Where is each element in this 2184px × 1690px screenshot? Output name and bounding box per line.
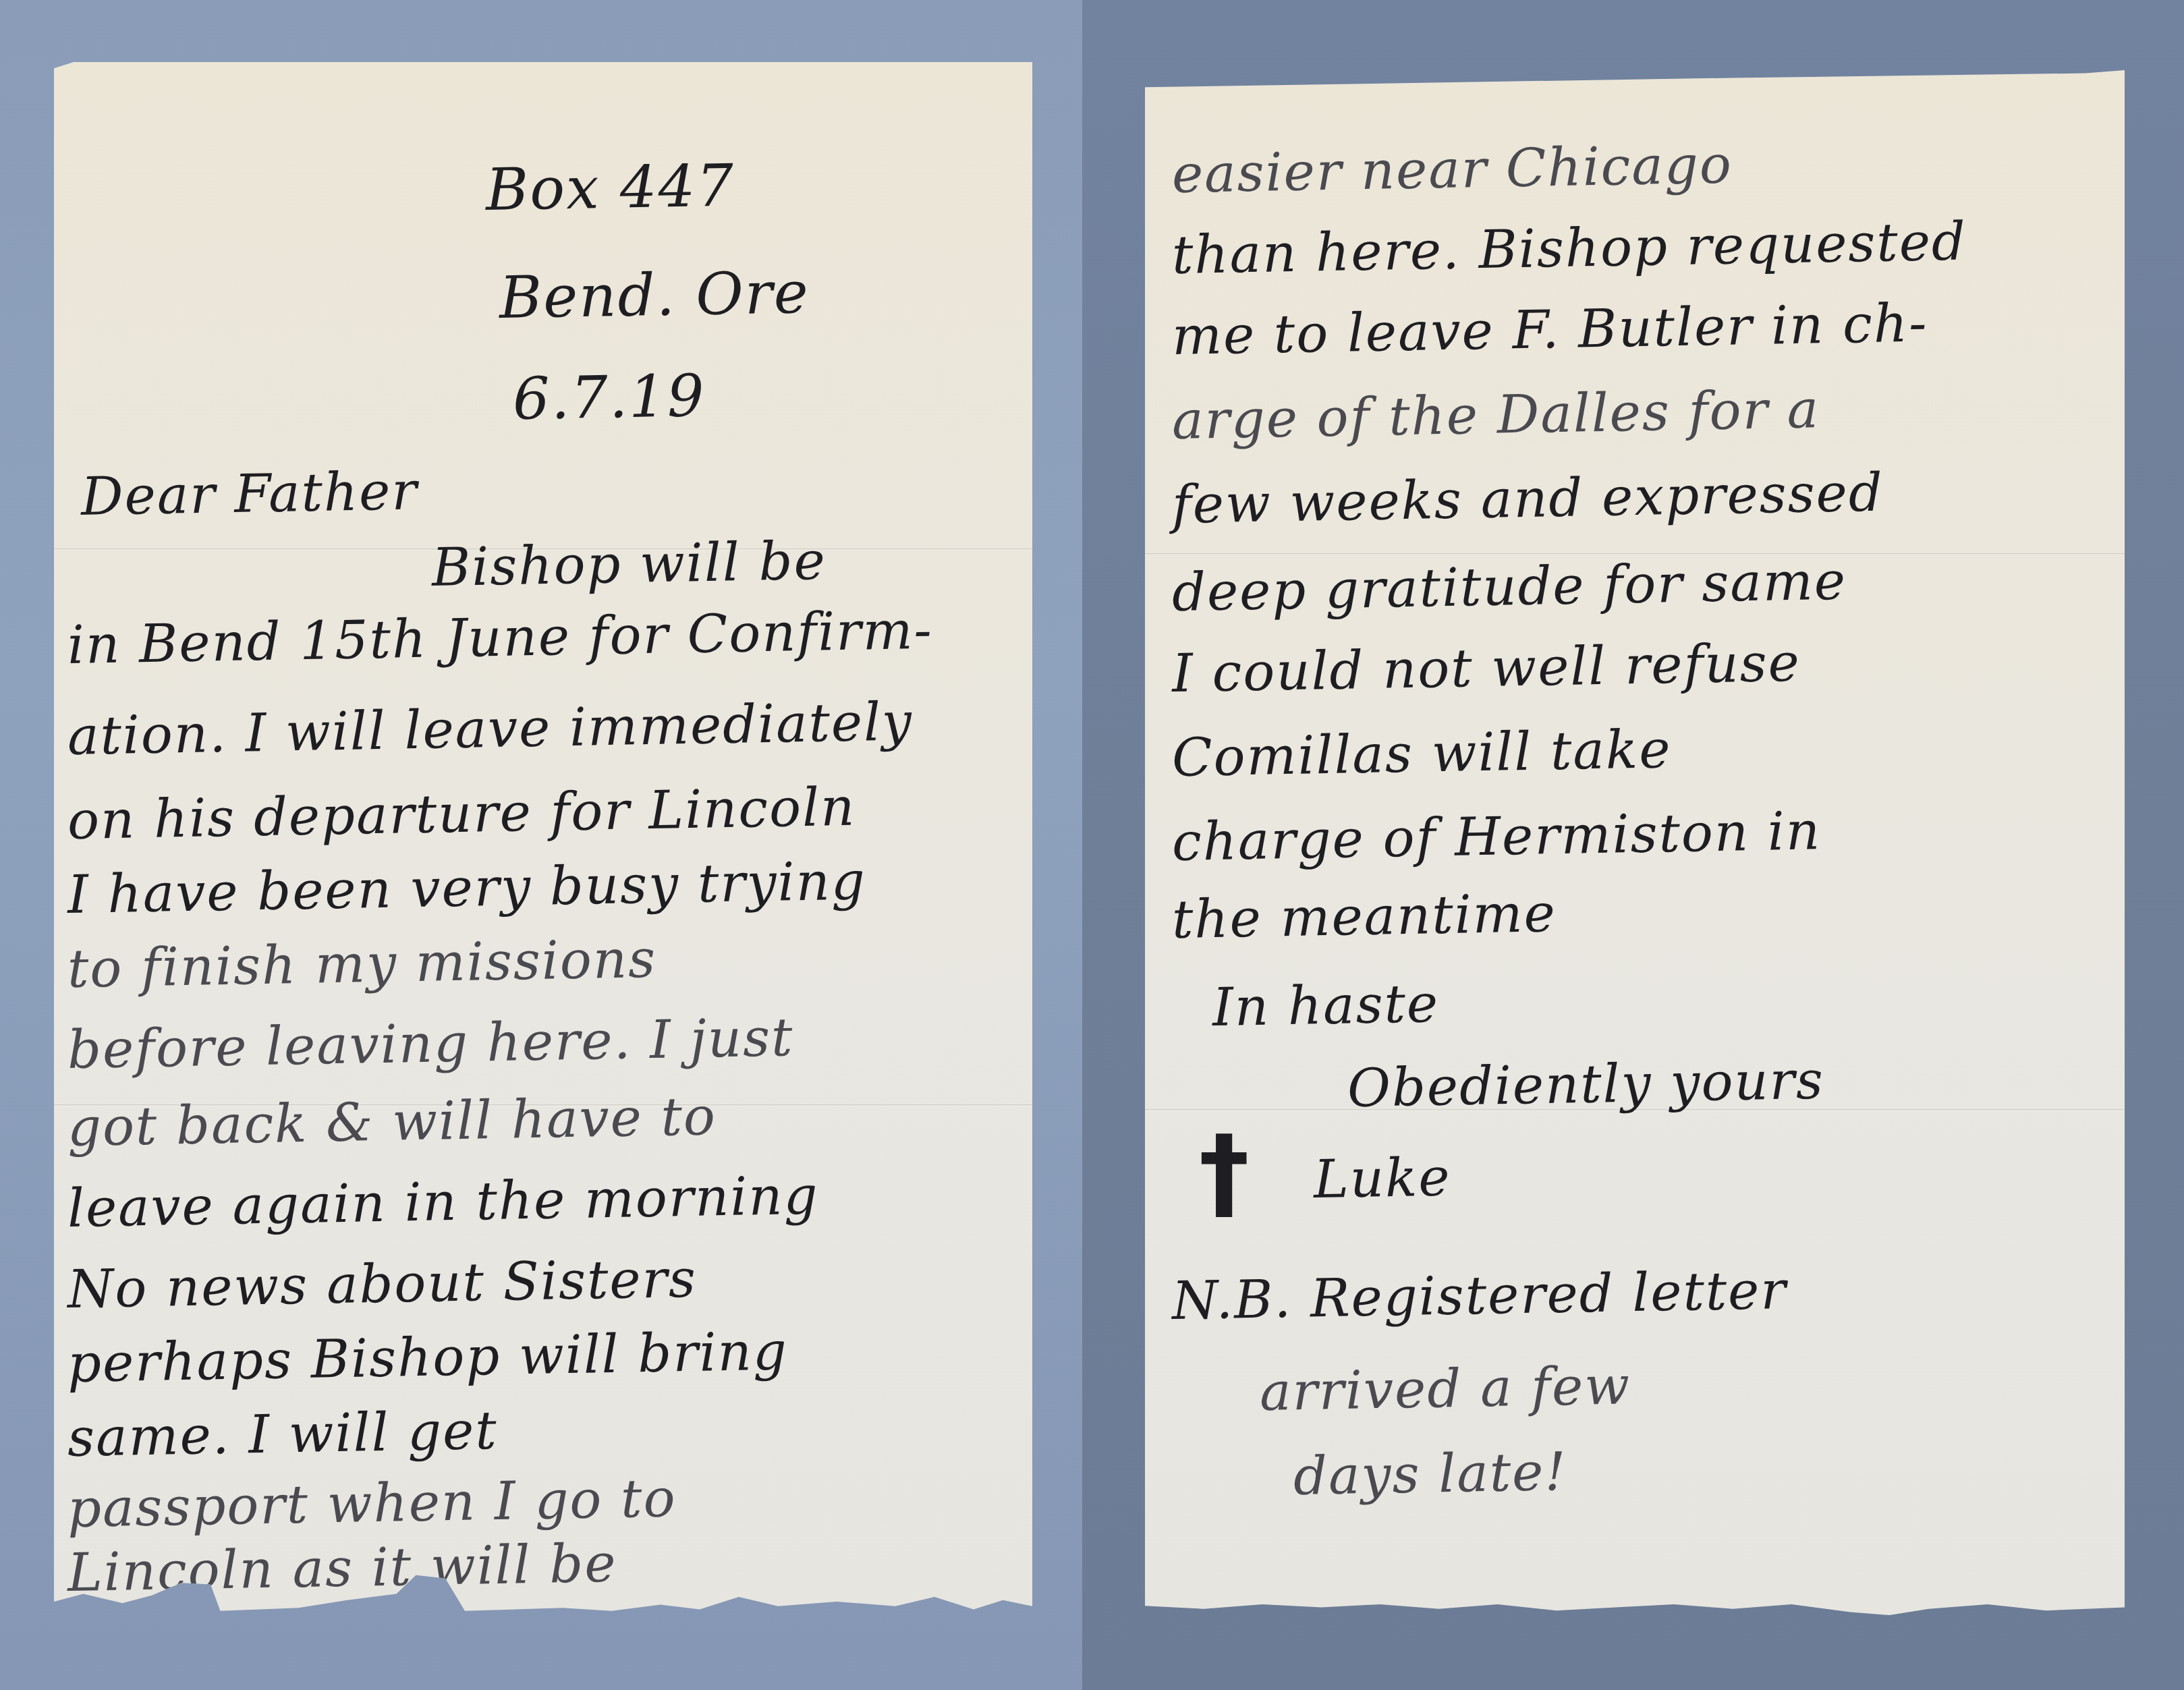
body-line: than here. Bishop requested bbox=[1171, 211, 1967, 286]
body-line: in Bend 15th June for Confirm- bbox=[67, 600, 933, 676]
body-line: arge of the Dalles for a bbox=[1171, 379, 1820, 451]
body-line: perhaps Bishop will bring bbox=[67, 1321, 788, 1395]
signature-name: Luke bbox=[1313, 1147, 1451, 1210]
body-line: leave again in the morning bbox=[67, 1166, 819, 1239]
body-line: before leaving here. I just bbox=[67, 1007, 794, 1081]
postscript-line-1: N.B. Registered letter bbox=[1171, 1260, 1787, 1332]
body-line: I could not well refuse bbox=[1171, 633, 1801, 704]
body-line: Lincoln as it will be bbox=[67, 1533, 617, 1604]
body-line: same. I will get bbox=[67, 1401, 498, 1469]
closing-in-haste: In haste bbox=[1212, 974, 1440, 1038]
body-line: on his departure for Lincoln bbox=[67, 777, 856, 851]
letter-date: 6.7.19 bbox=[512, 362, 706, 433]
body-line: No news about Sisters bbox=[67, 1249, 697, 1320]
body-line: I have been very busy trying bbox=[67, 851, 866, 926]
postscript-line-2: arrived a few bbox=[1259, 1355, 1631, 1423]
postscript-line-3: days late! bbox=[1293, 1442, 1567, 1507]
address-line-1: Box 447 bbox=[485, 152, 735, 224]
episcopal-cross-icon: † bbox=[1199, 1123, 1250, 1224]
body-line: easier near Chicago bbox=[1171, 135, 1733, 205]
body-line: to finish my missions bbox=[67, 929, 657, 1000]
body-line: deep gratitude for same bbox=[1171, 551, 1847, 623]
body-line: passport when I go to bbox=[67, 1468, 677, 1540]
body-line: charge of Hermiston in bbox=[1171, 801, 1822, 873]
body-line: Comillas will take bbox=[1171, 719, 1672, 789]
closing-valediction: Obediently yours bbox=[1347, 1050, 1825, 1119]
letter-page-2: easier near Chicago than here. Bishop re… bbox=[1145, 70, 2125, 1615]
body-line: me to leave F. Butler in ch- bbox=[1171, 293, 1928, 367]
body-line: ation. I will leave immediately bbox=[67, 692, 914, 767]
letter-page-1: Box 447 Bend. Ore 6.7.19 Dear Father Bis… bbox=[54, 62, 1032, 1617]
address-line-2: Bend. Ore bbox=[499, 259, 810, 332]
body-line: the meantime bbox=[1171, 883, 1557, 951]
body-line: few weeks and expressed bbox=[1171, 463, 1884, 536]
salutation: Dear Father bbox=[80, 461, 418, 528]
body-line: Bishop will be bbox=[431, 531, 827, 598]
body-line: got back & will have to bbox=[67, 1086, 717, 1158]
